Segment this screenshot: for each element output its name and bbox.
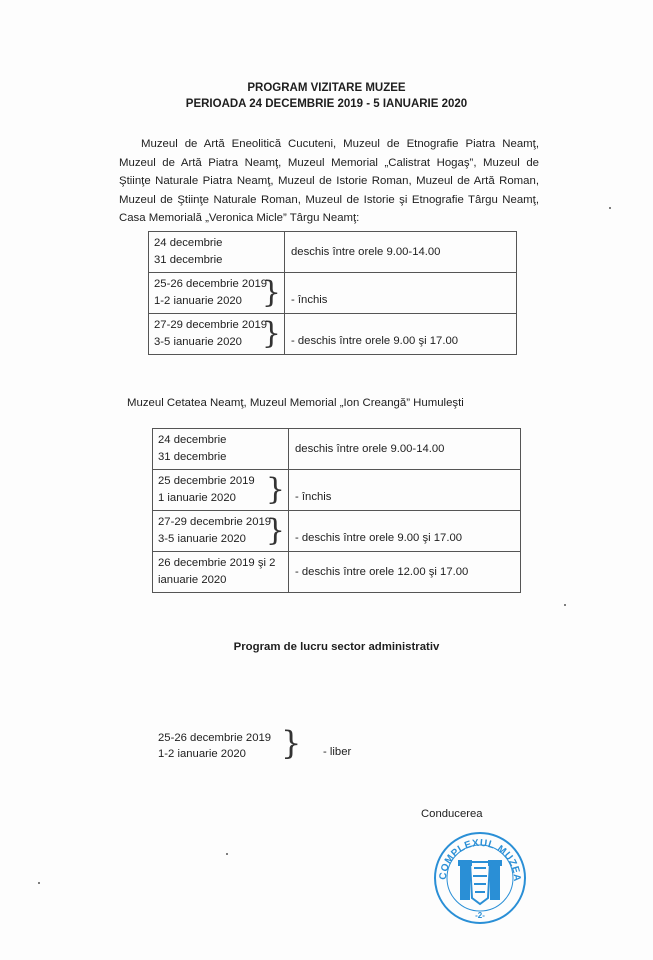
museum-list-group-2: Muzeul Cetatea Neamţ, Muzeul Memorial „I… [127,397,464,409]
schedule-hours-cell: - închis [289,470,521,511]
schedule-hours-cell: deschis între orele 9.00-14.00 [289,429,521,470]
schedule-dates-cell: 27-29 decembrie 20193-5 ianuarie 2020} [153,511,289,552]
date-line: 26 decembrie 2019 şi 2 [158,555,288,572]
schedule-dates-cell: 24 decembrie31 decembrie [149,232,285,273]
schedule-hours-cell: - deschis între orele 12.00 şi 17.00 [289,552,521,593]
schedule-row: 25-26 decembrie 20191-2 ianuarie 2020}- … [149,273,517,314]
date-line: 24 decembrie [158,432,288,449]
svg-text:-2-: -2- [475,911,485,920]
svg-text:COMPLEXUL MUZEAL JUDEŢEAN NEAM: COMPLEXUL MUZEAL JUDEŢEAN NEAMŢ [432,828,522,882]
document-period: PERIOADA 24 DECEMBRIE 2019 - 5 IANUARIE … [0,96,653,113]
schedule-dates-cell: 25-26 decembrie 20191-2 ianuarie 2020} [149,273,285,314]
brace-icon: } [266,475,285,505]
museum-list-group-1: Muzeul de Artă Eneolitică Cucuteni, Muze… [119,135,539,228]
admin-section-title: Program de lucru sector administrativ [0,641,653,653]
admin-dates: 25-26 decembrie 2019 1-2 ianuarie 2020 [158,730,271,762]
date-line: ianuarie 2020 [158,572,288,589]
schedule-row: 24 decembrie31 decembriedeschis între or… [149,232,517,273]
admin-date-line: 1-2 ianuarie 2020 [158,746,271,762]
brace-icon: } [281,727,301,759]
schedule-dates-cell: 25 decembrie 20191 ianuarie 2020} [153,470,289,511]
schedule-row: 25 decembrie 20191 ianuarie 2020}- închi… [153,470,521,511]
schedule-hours-cell: - închis [285,273,517,314]
official-stamp-icon: COMPLEXUL MUZEAL JUDEŢEAN NEAMŢ -2- [432,828,528,926]
schedule-hours-cell: - deschis între orele 9.00 şi 17.00 [285,314,517,355]
brace-icon: } [262,319,281,349]
schedule-dates-cell: 27-29 decembrie 20193-5 ianuarie 2020} [149,314,285,355]
date-line: 31 decembrie [158,449,288,466]
brace-icon: } [262,278,281,308]
admin-status: - liber [323,746,351,758]
date-line: 31 decembrie [154,252,284,269]
schedule-dates-cell: 26 decembrie 2019 şi 2ianuarie 2020 [153,552,289,593]
brace-icon: } [266,516,285,546]
schedule-table-group-1: 24 decembrie31 decembriedeschis între or… [148,231,517,355]
schedule-row: 27-29 decembrie 20193-5 ianuarie 2020}- … [149,314,517,355]
schedule-row: 27-29 decembrie 20193-5 ianuarie 2020}- … [153,511,521,552]
schedule-table-group-2: 24 decembrie31 decembriedeschis între or… [152,428,521,593]
schedule-dates-cell: 24 decembrie31 decembrie [153,429,289,470]
schedule-row: 26 decembrie 2019 şi 2ianuarie 2020- des… [153,552,521,593]
document-title: PROGRAM VIZITARE MUZEE [0,80,653,97]
admin-date-line: 25-26 decembrie 2019 [158,730,271,746]
schedule-hours-cell: deschis între orele 9.00-14.00 [285,232,517,273]
schedule-hours-cell: - deschis între orele 9.00 şi 17.00 [289,511,521,552]
date-line: 24 decembrie [154,235,284,252]
schedule-row: 24 decembrie31 decembriedeschis între or… [153,429,521,470]
signature-label: Conducerea [421,808,483,820]
